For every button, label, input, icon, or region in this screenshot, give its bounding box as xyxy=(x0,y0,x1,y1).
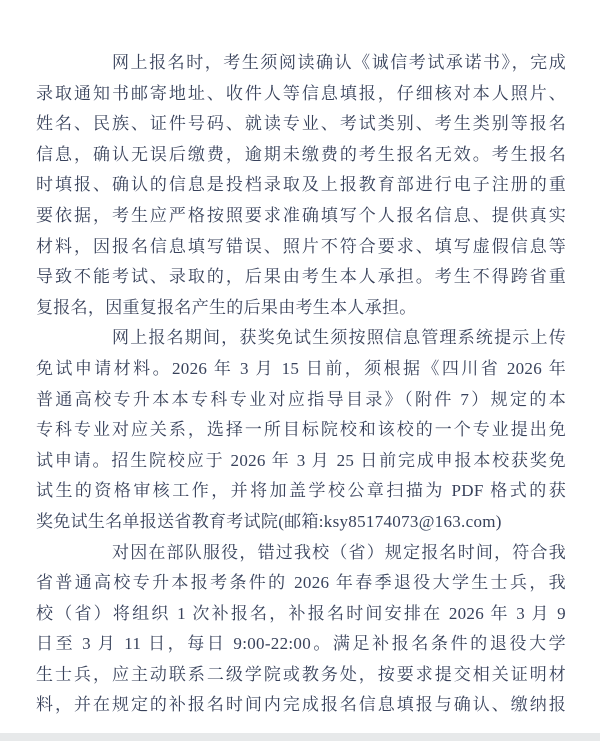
text-line: 复报名，因重复报名产生的后果由考生本人承担。 xyxy=(36,293,566,324)
text-line: 信息，确认无误后缴费，逾期未缴费的考生报名无效。考生报名 xyxy=(36,140,566,171)
text-line: 专科专业对应关系，选择一所目标院校和该校的一个专业提出免 xyxy=(36,415,566,446)
text-line: 录取通知书邮寄地址、收件人等信息填报，仔细核对本人照片、 xyxy=(36,79,566,110)
text-line: 生士兵，应主动联系二级学院或教务处，按要求提交相关证明材 xyxy=(36,660,566,691)
text-line: 网上报名期间，获奖免试生须按照信息管理系统提示上传 xyxy=(36,323,566,354)
text-line: 料，并在规定的补报名时间内完成报名信息填报与确认、缴纳报 xyxy=(36,690,566,721)
text-line: 对因在部队服役，错过我校（省）规定报名时间，符合我 xyxy=(36,538,566,569)
text-line: 普通高校专升本本专科专业对应指导目录》（附件 7）规定的本 xyxy=(36,385,566,416)
text-line: 日至 3 月 11 日，每日 9:00-22:00。满足补报名条件的退役大学 xyxy=(36,629,566,660)
text-line: 试生的资格审核工作，并将加盖学校公章扫描为 PDF 格式的获 xyxy=(36,476,566,507)
document-page: 网上报名时，考生须阅读确认《诚信考试承诺书》，完成 录取通知书邮寄地址、收件人等… xyxy=(0,0,600,741)
text-line: 校（省）将组织 1 次补报名，补报名时间安排在 2026 年 3 月 9 xyxy=(36,599,566,630)
page-bottom-edge xyxy=(0,733,600,741)
text-line: 要依据，考生应严格按照要求准确填写个人报名信息、提供真实 xyxy=(36,201,566,232)
text-line: 姓名、民族、证件号码、就读专业、考试类别、考生类别等报名 xyxy=(36,109,566,140)
text-line: 试申请。招生院校应于 2026 年 3 月 25 日前完成申报本校获奖免 xyxy=(36,446,566,477)
text-line: 奖免试生名单报送省教育考试院(邮箱:ksy85174073@163.com) xyxy=(36,507,566,538)
text-line: 网上报名时，考生须阅读确认《诚信考试承诺书》，完成 xyxy=(36,48,566,79)
text-line: 导致不能考试、录取的，后果由考生本人承担。考生不得跨省重 xyxy=(36,262,566,293)
text-line: 省普通高校专升本报考条件的 2026 年春季退役大学生士兵，我 xyxy=(36,568,566,599)
text-line: 材料，因报名信息填写错误、照片不符合要求、填写虚假信息等 xyxy=(36,232,566,263)
text-line: 时填报、确认的信息是投档录取及上报教育部进行电子注册的重 xyxy=(36,170,566,201)
text-line: 免试申请材料。2026 年 3 月 15 日前，须根据《四川省 2026 年 xyxy=(36,354,566,385)
document-text-block: 网上报名时，考生须阅读确认《诚信考试承诺书》，完成 录取通知书邮寄地址、收件人等… xyxy=(36,48,566,721)
